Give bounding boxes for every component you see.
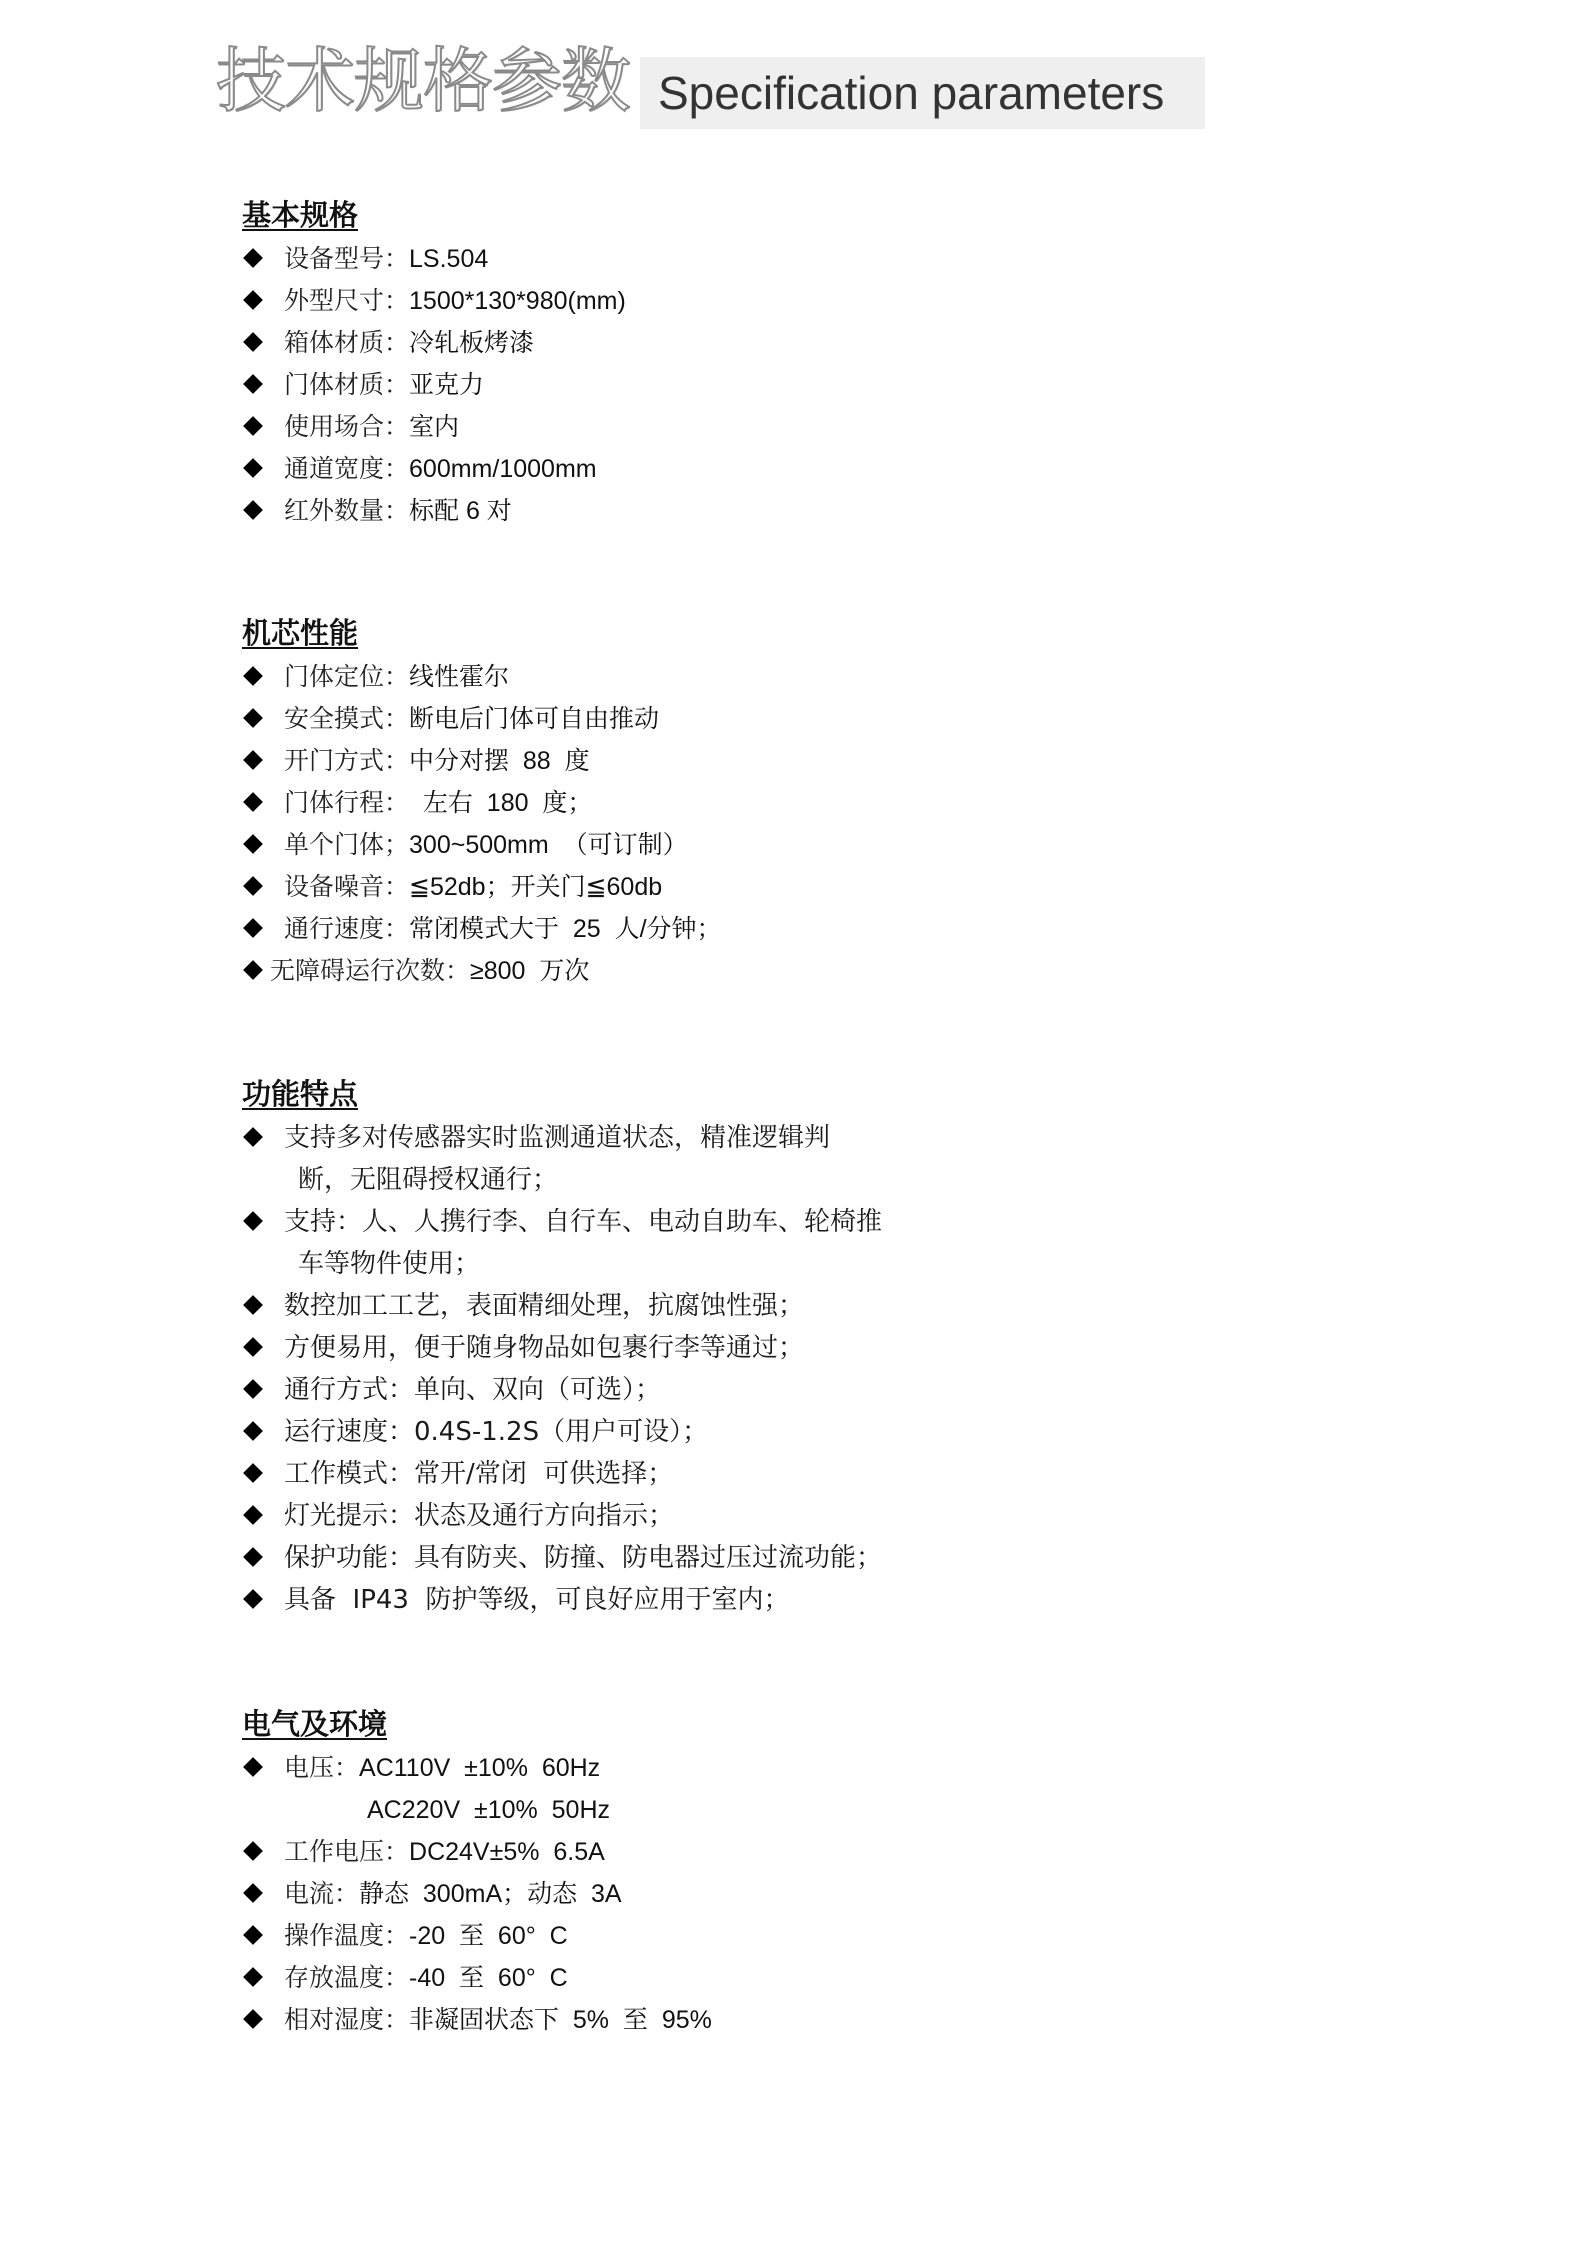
feature-item-passing-mode: 通行方式：单向、双向（可选）； xyxy=(242,1369,1342,1411)
diamond-bullet-icon xyxy=(243,1421,263,1441)
section-core-performance: 机芯性能 门体定位：线性霍尔 安全摸式：断电后门体可自由推动 开门方式：中分对摆… xyxy=(242,614,1342,992)
diamond-bullet-icon xyxy=(243,708,263,728)
spec-item-model: 设备型号：LS.504 xyxy=(242,238,1342,280)
spec-item-infrared-count: 红外数量：标配 6 对 xyxy=(242,490,1342,532)
diamond-bullet-icon xyxy=(243,248,263,268)
spec-item-door-material: 门体材质：亚克力 xyxy=(242,364,1342,406)
spec-item-safety-mode: 安全摸式：断电后门体可自由推动 xyxy=(242,698,1342,740)
spec-item-lane-width: 通道宽度：600mm/1000mm xyxy=(242,448,1342,490)
section-title: 电气及环境 xyxy=(242,1705,1342,1743)
section-title: 功能特点 xyxy=(242,1075,1342,1113)
diamond-bullet-icon xyxy=(243,1463,263,1483)
feature-item-work-mode: 工作模式：常开/常闭 可供选择； xyxy=(242,1453,1342,1495)
page-header: 技术规格参数 Specification parameters xyxy=(0,0,1587,140)
diamond-bullet-icon xyxy=(243,458,263,478)
diamond-bullet-icon xyxy=(243,374,263,394)
diamond-bullet-icon xyxy=(243,1127,263,1147)
spec-item-single-door: 单个门体；300~500mm （可订制） xyxy=(242,824,1342,866)
feature-item-sensors: 支持多对传感器实时监测通道状态，精准逻辑判 xyxy=(242,1117,1342,1159)
spec-item-door-positioning: 门体定位：线性霍尔 xyxy=(242,656,1342,698)
feature-item-protection: 保护功能：具有防夹、防撞、防电器过压过流功能； xyxy=(242,1537,1342,1579)
spec-item-operating-temperature: 操作温度：-20 至 60° C xyxy=(242,1915,1342,1957)
diamond-bullet-icon xyxy=(243,500,263,520)
spec-item-passing-speed: 通行速度：常闭模式大于 25 人/分钟； xyxy=(242,908,1342,950)
spec-item-working-voltage: 工作电压：DC24V±5% 6.5A xyxy=(242,1831,1342,1873)
spec-item-dimensions: 外型尺寸：1500*130*980(mm) xyxy=(242,280,1342,322)
section-electrical-environment: 电气及环境 电压：AC110V ±10% 60Hz AC220V ±10% 50… xyxy=(242,1705,1342,2041)
diamond-bullet-icon xyxy=(243,1295,263,1315)
diamond-bullet-icon xyxy=(243,1337,263,1357)
diamond-bullet-icon xyxy=(243,1589,263,1609)
spec-item-usage: 使用场合：室内 xyxy=(242,406,1342,448)
diamond-bullet-icon xyxy=(243,960,263,980)
spec-item-current: 电流：静态 300mA；动态 3A xyxy=(242,1873,1342,1915)
spec-item-voltage-alt: AC220V ±10% 50Hz xyxy=(242,1789,1342,1831)
diamond-bullet-icon xyxy=(243,1925,263,1945)
feature-item-ip-rating: 具备 IP43 防护等级，可良好应用于室内； xyxy=(242,1579,1342,1621)
title-english-banner: Specification parameters xyxy=(640,57,1205,129)
diamond-bullet-icon xyxy=(243,876,263,896)
feature-item-cnc-process: 数控加工工艺，表面精细处理，抗腐蚀性强； xyxy=(242,1285,1342,1327)
section-basic-specs: 基本规格 设备型号：LS.504 外型尺寸：1500*130*980(mm) 箱… xyxy=(242,196,1342,532)
diamond-bullet-icon xyxy=(243,1379,263,1399)
spec-item-noise: 设备噪音：≦52db；开关门≦60db xyxy=(242,866,1342,908)
diamond-bullet-icon xyxy=(243,332,263,352)
diamond-bullet-icon xyxy=(243,1211,263,1231)
spec-item-mtbf: 无障碍运行次数：≥800 万次 xyxy=(242,950,1342,992)
diamond-bullet-icon xyxy=(243,918,263,938)
diamond-bullet-icon xyxy=(243,792,263,812)
diamond-bullet-icon xyxy=(243,750,263,770)
diamond-bullet-icon xyxy=(243,290,263,310)
diamond-bullet-icon xyxy=(243,666,263,686)
diamond-bullet-icon xyxy=(243,834,263,854)
diamond-bullet-icon xyxy=(243,1967,263,1987)
feature-item-run-speed: 运行速度：0.4S-1.2S（用户可设）； xyxy=(242,1411,1342,1453)
spec-item-voltage: 电压：AC110V ±10% 60Hz xyxy=(242,1747,1342,1789)
spec-item-relative-humidity: 相对湿度：非凝固状态下 5% 至 95% xyxy=(242,1999,1342,2041)
feature-item-supported-objects-continued: 车等物件使用； xyxy=(242,1243,1342,1285)
diamond-bullet-icon xyxy=(243,1841,263,1861)
spec-item-cabinet-material: 箱体材质：冷轧板烤漆 xyxy=(242,322,1342,364)
feature-item-supported-objects: 支持：人、人携行李、自行车、电动自助车、轮椅推 xyxy=(242,1201,1342,1243)
diamond-bullet-icon xyxy=(243,416,263,436)
title-english: Specification parameters xyxy=(658,65,1164,121)
feature-item-ease-of-use: 方便易用，便于随身物品如包裹行李等通过； xyxy=(242,1327,1342,1369)
diamond-bullet-icon xyxy=(243,1883,263,1903)
diamond-bullet-icon xyxy=(243,2009,263,2029)
diamond-bullet-icon xyxy=(243,1547,263,1567)
spec-item-door-travel: 门体行程： 左右 180 度； xyxy=(242,782,1342,824)
title-chinese: 技术规格参数 xyxy=(216,38,630,124)
section-title: 基本规格 xyxy=(242,196,1342,234)
diamond-bullet-icon xyxy=(243,1505,263,1525)
spec-item-storage-temperature: 存放温度：-40 至 60° C xyxy=(242,1957,1342,1999)
diamond-bullet-icon xyxy=(243,1757,263,1777)
feature-item-sensors-continued: 断，无阻碍授权通行； xyxy=(242,1159,1342,1201)
section-features: 功能特点 支持多对传感器实时监测通道状态，精准逻辑判 断，无阻碍授权通行； 支持… xyxy=(242,1075,1342,1621)
feature-item-light-indicator: 灯光提示：状态及通行方向指示； xyxy=(242,1495,1342,1537)
spec-item-opening-method: 开门方式：中分对摆 88 度 xyxy=(242,740,1342,782)
section-title: 机芯性能 xyxy=(242,614,1342,652)
